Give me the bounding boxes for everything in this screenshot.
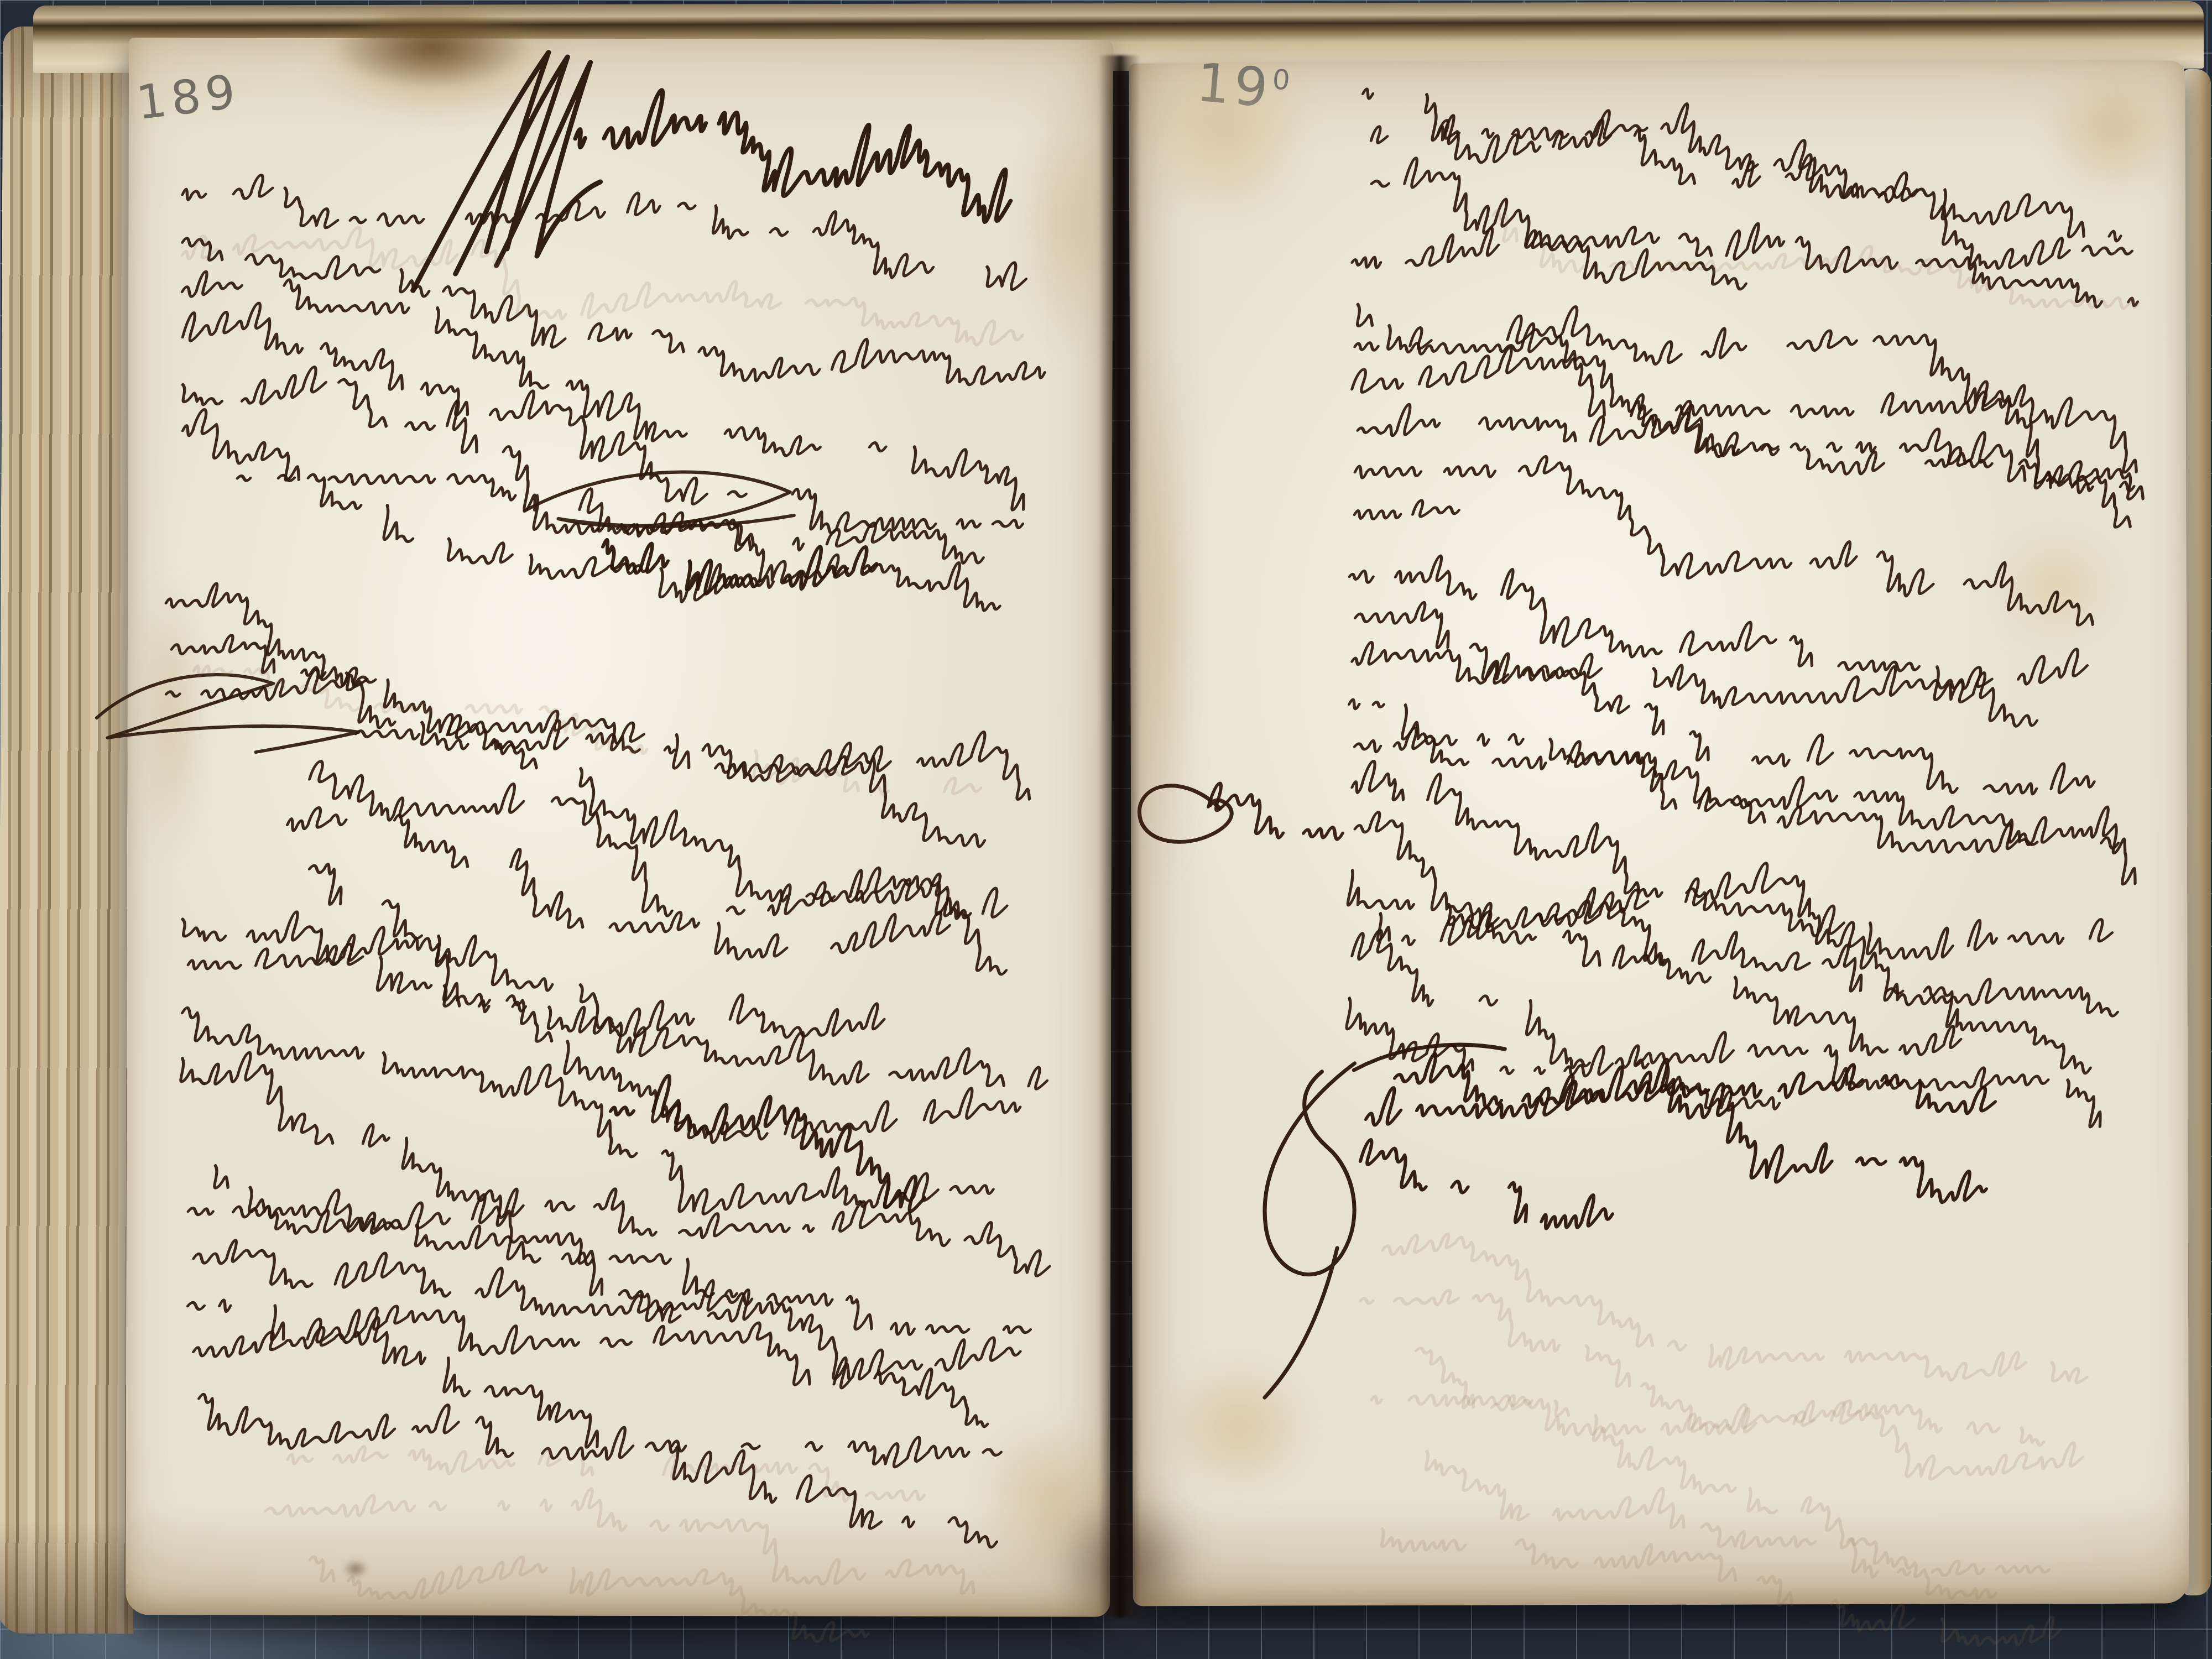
folio-number-left: 189: [134, 64, 243, 130]
verso-page: 189: [126, 38, 1113, 1617]
folio-number-right: 190: [1194, 51, 1296, 121]
recto-page: 190: [1129, 61, 2189, 1606]
manuscript-photo: { "meta": { "artifact": "open early-mode…: [0, 0, 2212, 1659]
left-page-edge-stack: [0, 27, 139, 1634]
